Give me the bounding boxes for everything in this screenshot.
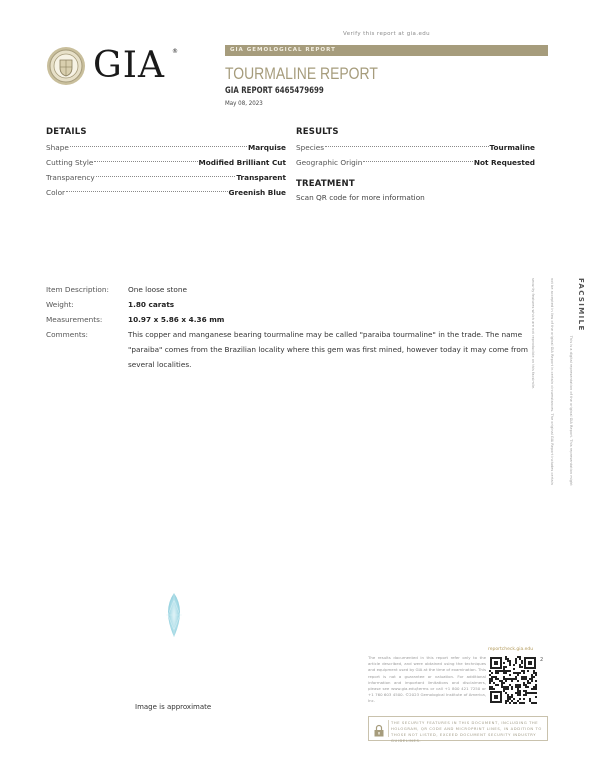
detail-label: Cutting Style [46, 155, 93, 170]
image-caption: Image is approximate [135, 703, 211, 711]
detail-value: Modified Brilliant Cut [199, 155, 286, 170]
security-notice: The security features in this document, … [368, 716, 548, 741]
security-divider [388, 720, 389, 737]
report-banner: GIA GEMOLOGICAL REPORT [225, 45, 548, 56]
result-row-geographic-origin: Geographic Origin Not Requested [296, 155, 535, 170]
qr-code-icon[interactable] [489, 656, 537, 704]
lock-icon [374, 722, 384, 735]
security-text: The security features in this document, … [391, 720, 543, 744]
detail-row-shape: Shape Marquise [46, 140, 286, 155]
detail-value: Marquise [248, 140, 286, 155]
result-label: Geographic Origin [296, 155, 362, 170]
info-row-weight: Weight: 1.80 carats [46, 297, 541, 312]
details-heading: DETAILS [46, 127, 286, 137]
marquise-gem-image [162, 592, 186, 638]
info-row-comments: Comments: This copper and manganese bear… [46, 327, 541, 372]
report-date: May 08, 2023 [225, 99, 263, 107]
detail-value: Transparent [236, 170, 286, 185]
treatment-text: Scan QR code for more information [296, 193, 536, 202]
gia-seal-logo-icon [46, 46, 86, 86]
report-number: GIA REPORT 6465479699 [225, 86, 324, 96]
item-info-section: Item Description: One loose stone Weight… [46, 282, 541, 372]
results-section: RESULTS Species Tourmaline Geographic Or… [296, 127, 535, 170]
registered-mark: ® [172, 48, 178, 55]
detail-value: Greenish Blue [229, 185, 286, 200]
facsimile-text: This is a digital representation of the … [531, 278, 573, 486]
detail-label: Transparency [46, 170, 95, 185]
result-row-species: Species Tourmaline [296, 140, 535, 155]
detail-row-transparency: Transparency Transparent [46, 170, 286, 185]
detail-label: Shape [46, 140, 69, 155]
gia-wordmark: GIA [93, 44, 165, 88]
info-value: One loose stone [128, 282, 541, 297]
treatment-heading: TREATMENT [296, 179, 536, 189]
banner-label: GIA GEMOLOGICAL REPORT [225, 45, 548, 56]
qr-label[interactable]: reportcheck.gia.edu [488, 647, 533, 652]
qr-number: 2 [540, 657, 543, 663]
result-value: Tourmaline [490, 140, 536, 155]
info-row-item-description: Item Description: One loose stone [46, 282, 541, 297]
detail-row-cutting-style: Cutting Style Modified Brilliant Cut [46, 155, 286, 170]
info-label: Comments: [46, 327, 128, 372]
result-value: Not Requested [474, 155, 535, 170]
facsimile-notice: FACSIMILE This is a digital representati… [555, 278, 585, 488]
info-value: 1.80 carats [128, 297, 541, 312]
results-heading: RESULTS [296, 127, 535, 137]
verify-link[interactable]: Verify this report at gia.edu [225, 31, 548, 37]
footer-disclaimer: The results documented in this report re… [368, 655, 486, 705]
info-label: Item Description: [46, 282, 128, 297]
detail-row-color: Color Greenish Blue [46, 185, 286, 200]
treatment-section: TREATMENT Scan QR code for more informat… [296, 179, 536, 202]
report-title: TOURMALINE REPORT [225, 64, 378, 84]
detail-label: Color [46, 185, 65, 200]
info-label: Weight: [46, 297, 128, 312]
info-value: This copper and manganese bearing tourma… [128, 327, 541, 372]
details-section: DETAILS Shape Marquise Cutting Style Mod… [46, 127, 286, 200]
info-value: 10.97 x 5.86 x 4.36 mm [128, 312, 541, 327]
info-row-measurements: Measurements: 10.97 x 5.86 x 4.36 mm [46, 312, 541, 327]
facsimile-title: FACSIMILE [576, 278, 585, 332]
result-label: Species [296, 140, 324, 155]
info-label: Measurements: [46, 312, 128, 327]
